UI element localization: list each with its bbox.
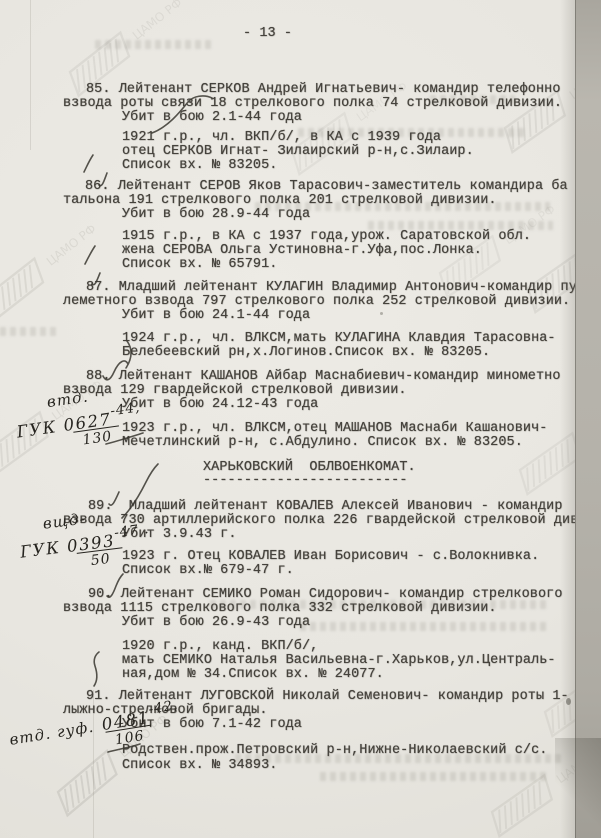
handwritten-checkmark — [109, 492, 119, 505]
margin-note-guk-0627: втд. ГУК 0627 -44, 130 — [12, 381, 145, 458]
bleedthrough-artifact — [298, 128, 526, 137]
margin-note-0481: втд. гуф. 0481 -42, 106 — [8, 703, 183, 764]
margin-note-abbrev: втд. гуф. — [8, 718, 95, 749]
paper-crease — [30, 0, 31, 150]
typed-line: 85. Лейтенант СЕРКОВ Андрей Игнатьевич- … — [86, 83, 561, 96]
typed-line: 1920 г.р., канд. ВКП/б/, — [122, 640, 318, 653]
archive-watermark-icon — [0, 218, 102, 322]
scan-edge-strip — [575, 0, 601, 838]
typed-line: 86. Лейтенант СЕРОВ Яков Тарасович-замес… — [85, 180, 568, 193]
margin-note-year: -42, — [147, 697, 179, 718]
handwritten-checkmark — [107, 574, 123, 597]
typed-line: 1921 г.р., чл. ВКП/б/, в КА с 1939 года — [122, 131, 441, 144]
typed-line: 87. Младший лейтенант КУЛАГИН Владимир А… — [86, 281, 577, 294]
typed-line: взвода роты связи 18 стрелкового полка 7… — [63, 97, 562, 110]
typed-line: Список вх. № 65791. — [122, 258, 277, 271]
archive-watermark-icon — [434, 198, 561, 297]
typed-line: леметного взвода 797 стрелкового полка 2… — [63, 295, 570, 308]
typed-line: Список вх. № 34893. — [122, 759, 277, 772]
typed-line: жена СЕРОВА Ольга Устиновна-г.Уфа,пос.Ло… — [122, 244, 482, 257]
typed-line: 1923 г.р., чл. ВЛКСМ,отец МАШАНОВ Маснаб… — [122, 422, 547, 435]
typed-line: Убит в бою 28.9-44 года — [122, 208, 310, 221]
scanned-document-page: ЦАМО РФ — [0, 0, 601, 838]
handwritten-stroke — [94, 652, 99, 686]
bleedthrough-artifact — [95, 40, 215, 49]
typed-line: Мечетлинский р-н, с.Абдулино. Список вх.… — [122, 436, 523, 449]
bleedthrough-artifact — [0, 327, 60, 336]
paper-crease — [93, 690, 94, 838]
scan-corner-shade — [555, 738, 601, 838]
bleedthrough-artifact — [210, 600, 550, 609]
bleedthrough-artifact — [300, 622, 550, 631]
typed-line: 1915 г.р., в КА с 1937 года,урож. Сарато… — [122, 230, 531, 243]
typed-line: 89. Младший лейтенант КОВАЛЕВ Алексей Ив… — [88, 500, 563, 513]
typed-line: Убит в бою 24.1-44 года — [122, 309, 310, 322]
archive-watermark-icon — [286, 75, 413, 174]
typed-line: 1923 г. Отец КОВАЛЕВ Иван Борисович - с.… — [122, 550, 539, 563]
typed-line: тальона 191 стрелкового полка 201 стрелк… — [63, 194, 497, 207]
margin-note-year: -44, — [109, 399, 141, 419]
bleedthrough-artifact — [320, 772, 550, 781]
typed-line: ная,дом № 34.Список вх. № 24077. — [122, 668, 384, 681]
handwritten-checkmark — [84, 155, 93, 172]
page-number: - 13 - — [243, 27, 292, 40]
handwritten-checkmark — [99, 173, 107, 186]
archive-watermark-icon — [64, 0, 188, 96]
bleedthrough-artifact — [255, 202, 550, 211]
typed-line: Убит в бою 24.12-43 года — [122, 398, 318, 411]
typed-line: Родствен.прож.Петровский р-н,Нижне-Никол… — [122, 744, 547, 757]
handwritten-checkmark — [152, 96, 212, 133]
typed-line: Убит в бою 2.1-44 года — [122, 111, 302, 124]
handwritten-checkmark — [92, 273, 100, 285]
typed-line: Убит в бою 26.9-43 года — [122, 616, 310, 629]
bleedthrough-artifact — [368, 221, 553, 230]
section-header-underline: ------------------------- — [203, 474, 408, 487]
paper-sheet: ЦАМО РФ — [0, 0, 601, 838]
typed-line: Список вх.№ 679-47 г. — [122, 564, 294, 577]
typed-line: отец СЕРКОВ Игнат- Зилаирский р-н,с.Зила… — [122, 145, 474, 158]
bleedthrough-artifact — [235, 754, 565, 763]
typed-line: Список вх. № 83205. — [122, 159, 277, 172]
typed-line: взвода 1115 стрелкового полка 332 стрелк… — [63, 602, 497, 615]
page-edge-shadow — [560, 0, 575, 838]
bleedthrough-artifact — [430, 95, 515, 104]
handwritten-stroke — [126, 341, 131, 368]
typed-line: мать СЕМИКО Наталья Васильевна-г.Харьков… — [122, 654, 556, 667]
typed-line: 1924 г.р., чл. ВЛКСМ,мать КУЛАГИНА Клавд… — [122, 332, 556, 345]
margin-note-guk-0393: вщд- ГУК 0393 -47 . 50 — [16, 502, 153, 578]
typed-line: 90. Лейтенант СЕМИКО Роман Сидорович- ко… — [88, 588, 563, 601]
margin-note-year: -47 . — [113, 521, 150, 541]
handwritten-checkmark — [103, 361, 128, 380]
typed-line: 88. Лейтенант КАШАНОВ Айбар Маснабиевич-… — [86, 370, 561, 383]
ink-smudge — [380, 312, 383, 315]
typed-line: Белебеевский рн,х.Логинов.Список вх. № 8… — [122, 346, 490, 359]
handwritten-checkmark — [85, 246, 95, 264]
